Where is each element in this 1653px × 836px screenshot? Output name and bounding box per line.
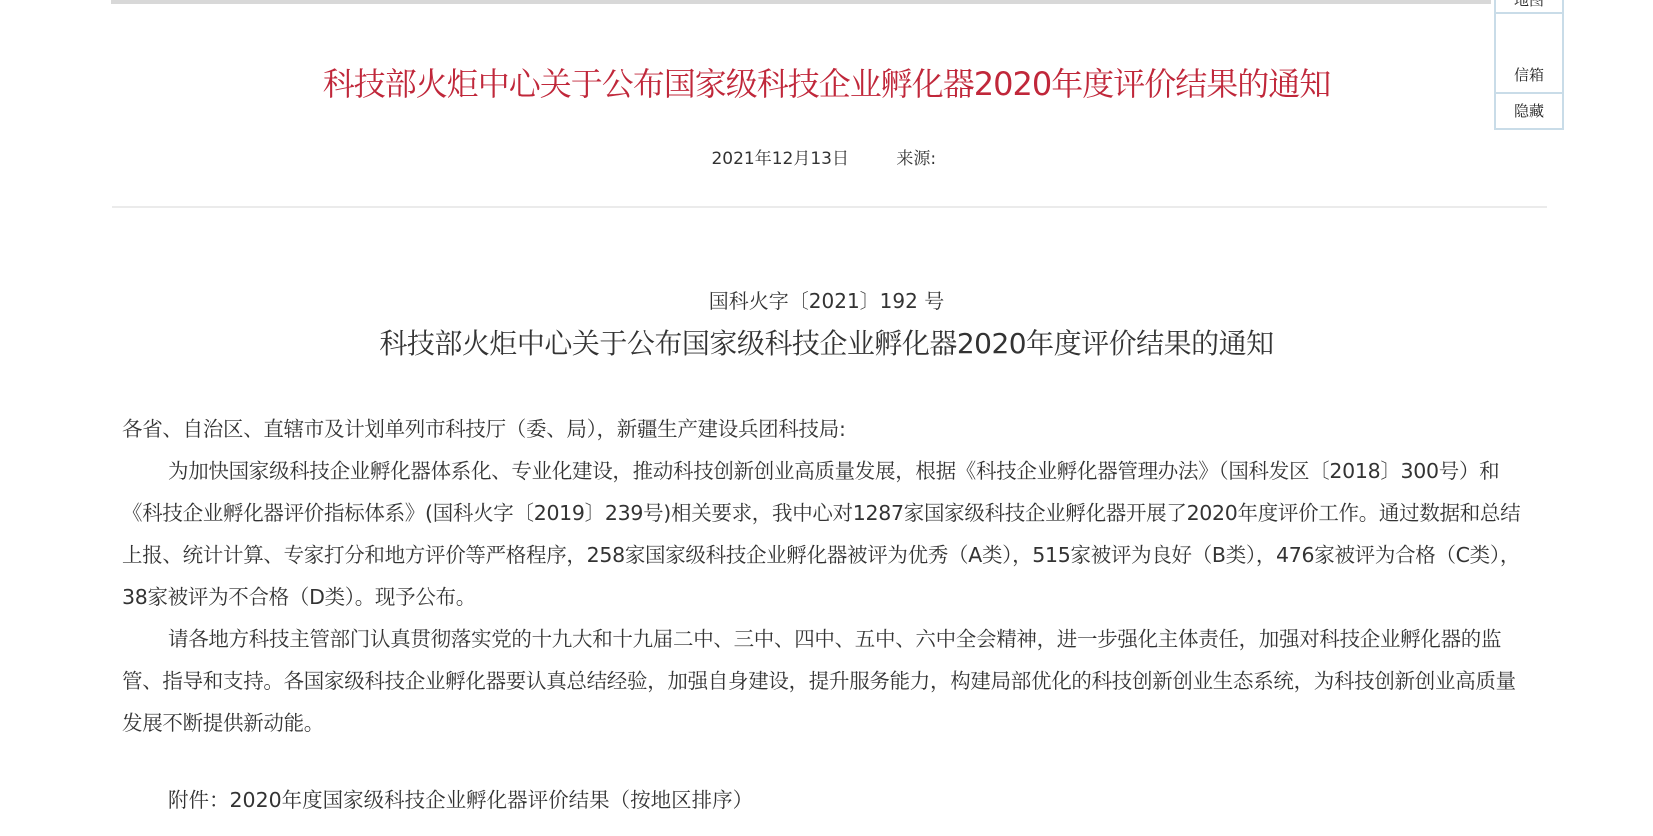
map-label: 地图 [1514,0,1544,9]
article-page: 科技部火炬中心关于公布国家级科技企业孵化器2020年度评价结果的通知 2021年… [0,0,1653,836]
document-body: 各省、自治区、直辖市及计划单列市科技厅（委、局），新疆生产建设兵团科技局: 为加… [122,408,1532,744]
header-divider [112,206,1547,208]
body-paragraph: 为加快国家级科技企业孵化器体系化、专业化建设，推动科技创新创业高质量发展，根据《… [122,450,1532,618]
body-paragraph: 请各地方科技主管部门认真贯彻落实党的十九大和十九届二中、三中、四中、五中、六中全… [122,618,1532,744]
article-headline: 科技部火炬中心关于公布国家级科技企业孵化器2020年度评价结果的通知 [0,60,1653,108]
hide-label: 隐藏 [1514,102,1544,120]
publish-date: 2021年12月13日 [711,146,849,172]
document-title: 科技部火炬中心关于公布国家级科技企业孵化器2020年度评价结果的通知 [0,323,1653,365]
mailbox-button[interactable]: 信箱 [1496,12,1562,92]
document-number: 国科火字〔2021〕192 号 [0,286,1653,316]
source-label: 来源: [896,146,936,172]
mailbox-label: 信箱 [1514,62,1544,88]
map-button[interactable]: 地图 [1496,0,1562,12]
attachment-link[interactable]: 附件：2020年度国家级科技企业孵化器评价结果（按地区排序） [168,783,1468,817]
article-meta: 2021年12月13日 来源: [0,146,1653,172]
top-border [111,0,1491,4]
hide-panel-button[interactable]: 隐藏 [1496,92,1562,128]
salutation: 各省、自治区、直辖市及计划单列市科技厅（委、局），新疆生产建设兵团科技局: [122,408,1532,450]
floating-side-panel: 地图 信箱 隐藏 [1494,0,1564,130]
